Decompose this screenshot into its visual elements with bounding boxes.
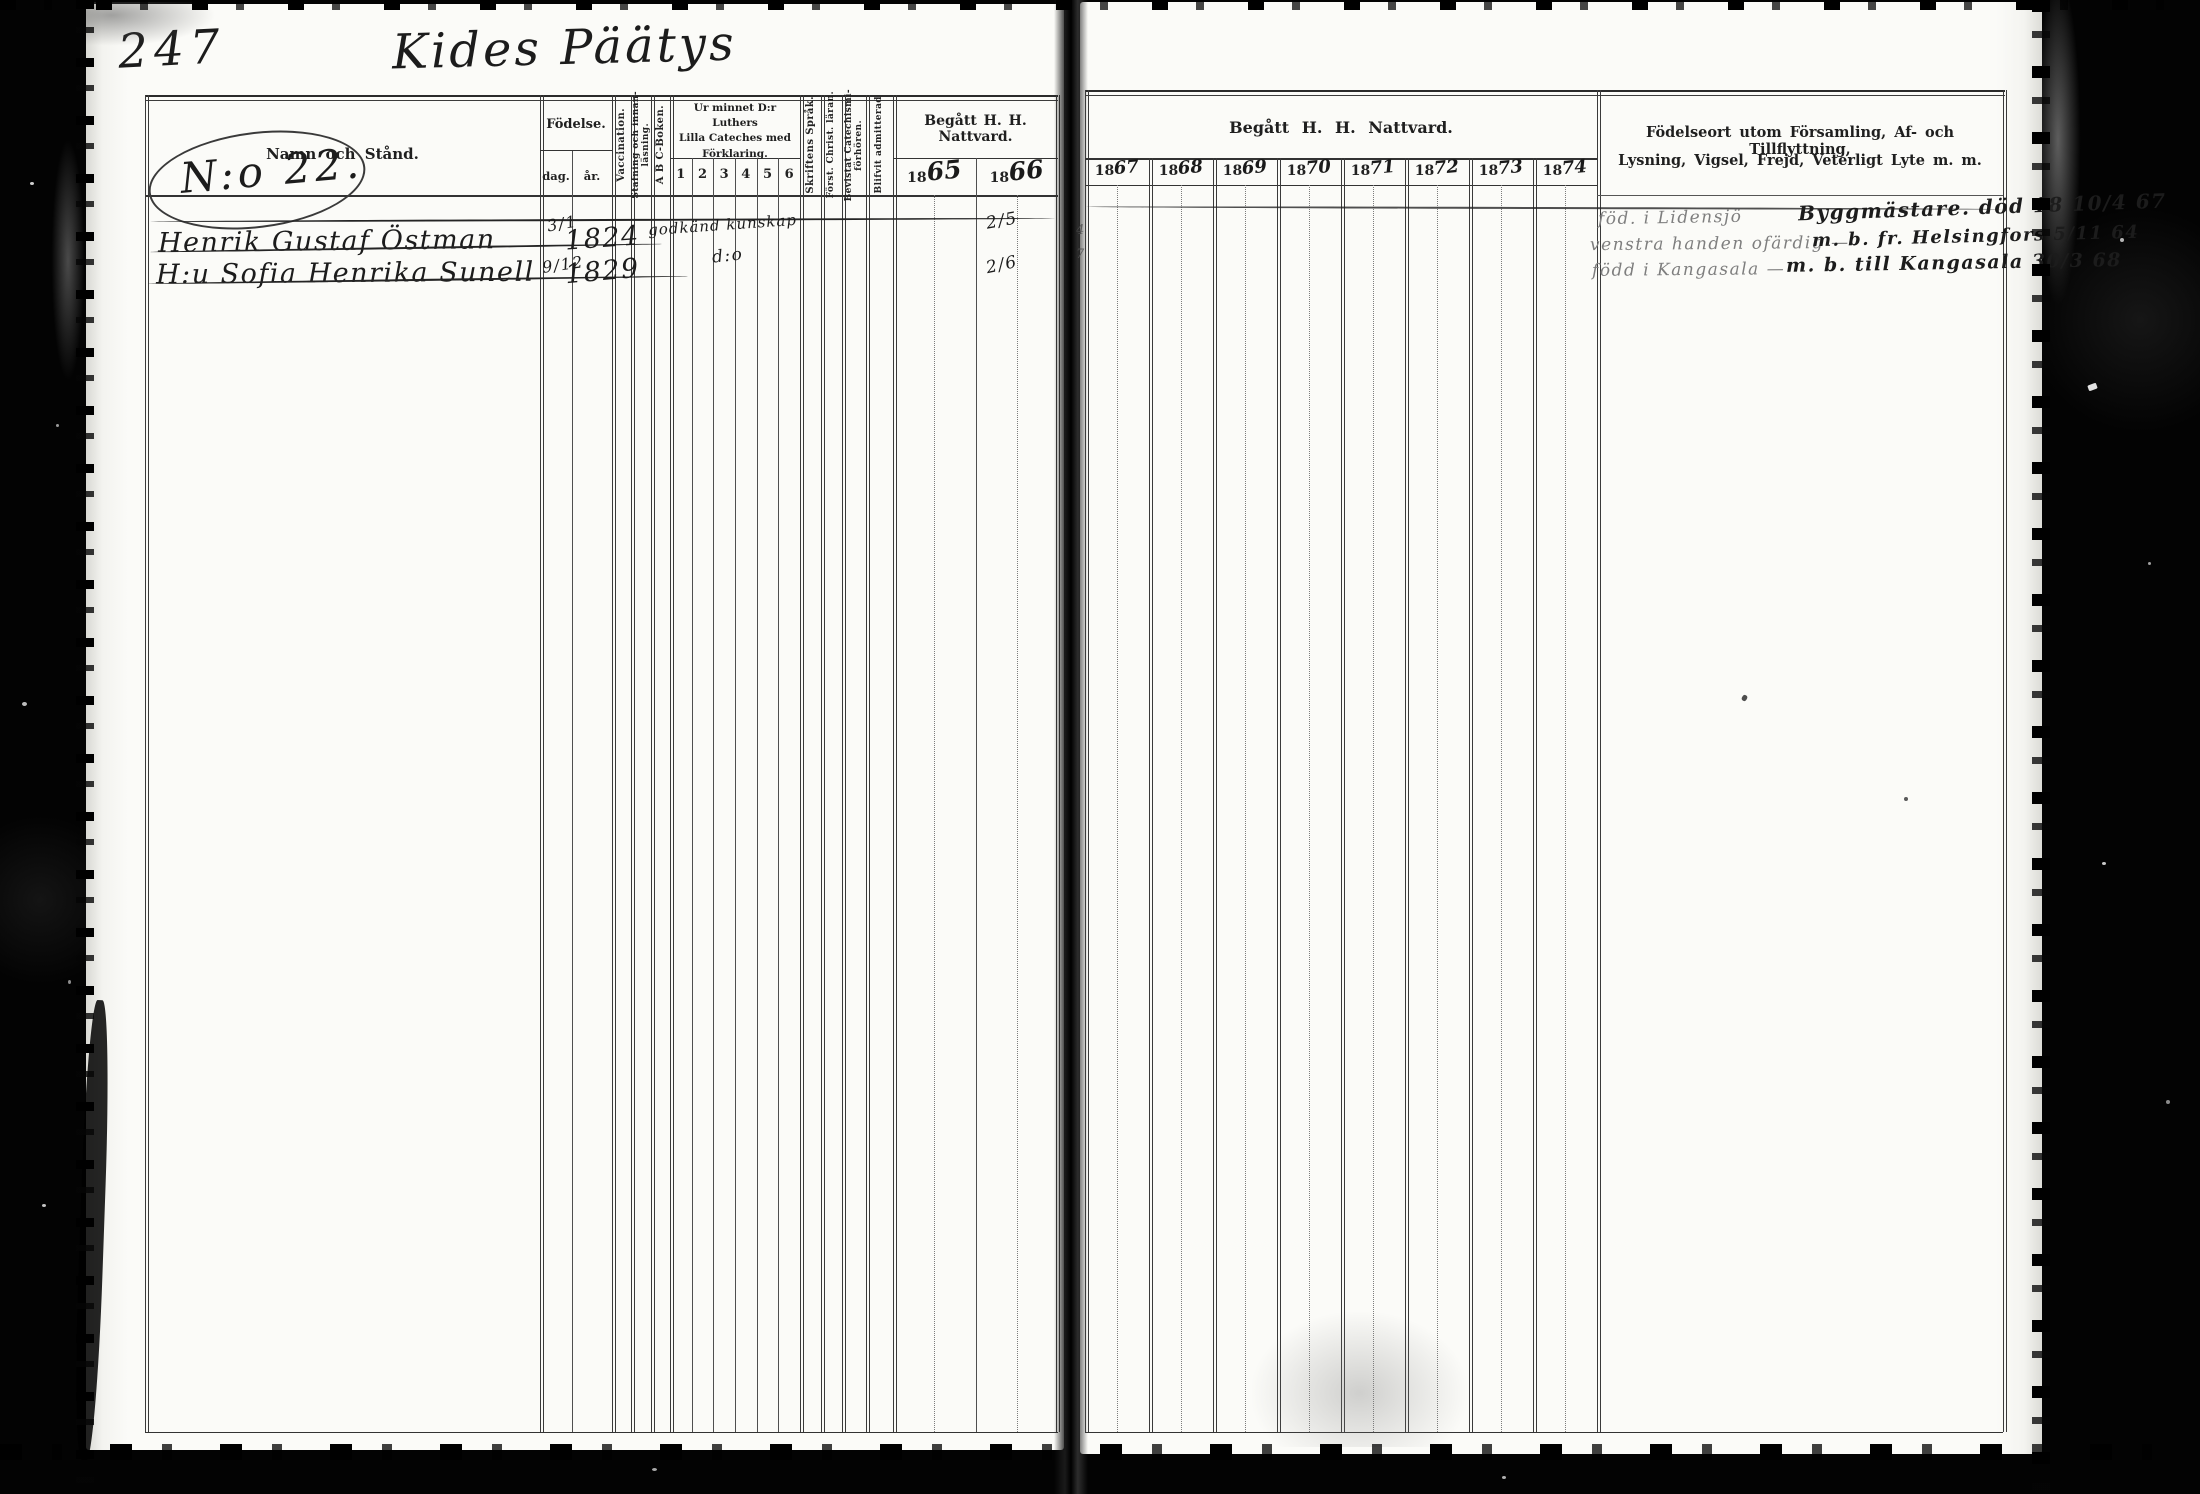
birth-divider-rule <box>540 150 612 151</box>
year-column-dotted-rule <box>1245 185 1246 1432</box>
stafning-label-2: läsning. <box>641 123 651 166</box>
paper-fleck <box>652 1468 657 1471</box>
table-bottom-rule <box>1085 1432 2003 1433</box>
row1-note-faint: föd. i Lidensjö <box>1598 207 1743 230</box>
catechism-cell-rule <box>692 158 693 1432</box>
birth-header: Födelse. <box>540 117 612 132</box>
year-column-dotted-rule <box>1309 185 1310 1432</box>
column-rule <box>612 95 616 1432</box>
communion-year-1870: 18 70 <box>1277 159 1341 191</box>
year-column-dotted-rule <box>1501 185 1502 1432</box>
catechism-cell-rule <box>713 158 714 1432</box>
year-printed-prefix: 18 <box>1095 163 1114 179</box>
blifvit-label: Blifvit admitterad <box>874 96 884 193</box>
paper-fleck <box>2087 383 2098 392</box>
stafning-label-1: Stafning och innan- <box>631 91 641 199</box>
row2-birth-year: 1829 <box>564 253 641 290</box>
birth-year-header: år. <box>572 169 612 183</box>
table-top-rule <box>1085 90 2005 96</box>
year-printed-prefix: 18 <box>1287 163 1306 179</box>
skriftens-column-header: Skriftens Språk. <box>800 97 821 193</box>
year-column-rule <box>1341 158 1345 1432</box>
year-column-dotted-rule <box>1437 185 1438 1432</box>
communion-year-1866: 18 66 <box>976 159 1059 191</box>
vaccination-label: Vaccination. <box>616 108 628 182</box>
communion-header-left: Begått H. H. Nattvard. <box>893 113 1058 145</box>
paper-fleck <box>56 424 59 427</box>
communion-year-dotted-rule <box>934 195 935 1432</box>
year-printed-prefix: 18 <box>1543 163 1562 179</box>
column-rule <box>670 95 674 1432</box>
year-column-dotted-rule <box>1565 185 1566 1432</box>
year-printed-prefix: 18 <box>1415 163 1434 179</box>
year-column-dotted-rule <box>1117 185 1118 1432</box>
page-number: 247 <box>117 19 227 80</box>
forst-christ-label: Först. Christ. läran. <box>826 91 836 198</box>
paper-fleck <box>22 702 27 706</box>
communion-year-1865: 18 65 <box>893 159 976 191</box>
year-column-dotted-rule <box>1373 185 1374 1432</box>
catechism-cell-4: 4 <box>735 167 757 182</box>
catechism-cell-1: 1 <box>670 167 692 182</box>
year-handwritten-digits: 69 <box>1241 156 1268 179</box>
paper-fleck <box>2148 562 2151 565</box>
year-handwritten-digits: 74 <box>1561 156 1588 179</box>
row1-birth-year: 1824 <box>564 220 641 256</box>
bevistat-label-1: Bevistat Catechismi- <box>844 89 854 201</box>
table-top-rule <box>145 95 1058 101</box>
blifvit-column-header: Blifvit admitterad <box>866 97 893 193</box>
right-table: Begått H. H. Nattvard. Födelseort utom F… <box>1085 90 2005 1432</box>
scanned-parish-register: 247 Kides Päätys Namn och Stånd. Födelse… <box>0 0 2200 1494</box>
catechism-header-line1: Ur minnet D:r Luthers <box>670 101 800 131</box>
skriftens-label: Skriftens Språk. <box>805 96 817 194</box>
year-column-rule <box>1405 158 1409 1432</box>
paper-fleck <box>1502 1476 1506 1479</box>
column-rule <box>821 95 825 1432</box>
catechism-cell-rule <box>778 158 779 1432</box>
notes-header-line2: Lysning, Vigsel, Frejd, Veterligt Lyte m… <box>1597 152 2003 169</box>
row2-name: H:u Sofia Henrika Sunell <box>156 257 535 291</box>
communion-year-1874: 18 74 <box>1533 159 1597 191</box>
birth-day-header: dag. <box>540 169 572 183</box>
catechism-cell-5: 5 <box>757 167 779 182</box>
row3-note-faint: född i Kangasala — <box>1592 259 1785 281</box>
column-rule <box>800 95 804 1432</box>
paper-fleck <box>2166 1100 2170 1104</box>
book-gutter <box>1054 0 1088 1494</box>
bevistat-label-2: förhören. <box>854 120 864 171</box>
year-printed-prefix: 18 <box>1223 163 1242 179</box>
year-handwritten-digits: 68 <box>1177 156 1204 179</box>
catechism-cell-6: 6 <box>778 167 800 182</box>
stafning-column-header: Stafning och innan- läsning. <box>631 97 651 193</box>
communion-year-1867: 18 67 <box>1085 159 1149 191</box>
year-column-dotted-rule <box>1181 185 1182 1432</box>
column-rule <box>631 95 635 1432</box>
row1-name: Henrik Gustaf Östman <box>158 224 496 259</box>
year-column-rule <box>1533 158 1537 1432</box>
year-handwritten-digits: 71 <box>1369 156 1396 179</box>
year-column-rule <box>1213 158 1217 1432</box>
communion-year-dotted-rule <box>1017 195 1018 1432</box>
bevistat-column-header: Bevistat Catechismi- förhören. <box>842 97 866 193</box>
year-handwritten-digits: 70 <box>1305 156 1332 179</box>
catechism-cell-rule <box>735 158 736 1432</box>
catechism-header-line2: Lilla Cateches med <box>670 131 800 146</box>
paper-fleck <box>42 1204 46 1207</box>
column-rule <box>572 150 573 1432</box>
abc-book-column-header: A B C-Boken. <box>651 97 670 193</box>
table-left-rule <box>145 95 149 1432</box>
table-right-rule <box>2003 90 2007 1432</box>
catechism-header: Ur minnet D:r Luthers Lilla Cateches med… <box>670 101 800 162</box>
year-column-rule <box>1277 158 1281 1432</box>
column-rule <box>842 95 846 1432</box>
page-title: Kides Päätys <box>391 15 737 80</box>
table-bottom-rule <box>145 1432 1058 1433</box>
catechism-header-line3: Förklaring. <box>670 147 800 162</box>
year-column-rule <box>1149 158 1153 1432</box>
communion-notes-separator-rule <box>1597 90 1601 1432</box>
year-handwritten-digits: 65 <box>925 154 963 186</box>
paper-fleck <box>2120 238 2124 242</box>
communion-year-1872: 18 72 <box>1405 159 1469 191</box>
paper-fleck <box>68 980 71 984</box>
column-rule <box>540 95 544 1432</box>
year-printed-prefix: 18 <box>907 170 926 186</box>
paper-fleck <box>2102 862 2106 865</box>
column-rule <box>866 95 870 1432</box>
year-column-rule <box>1469 158 1473 1432</box>
year-printed-prefix: 18 <box>1159 163 1178 179</box>
row2-catechism-note: d:o <box>711 244 744 267</box>
abc-book-label: A B C-Boken. <box>655 105 667 184</box>
year-printed-prefix: 18 <box>1479 163 1498 179</box>
communion-year-1871: 18 71 <box>1341 159 1405 191</box>
left-table: Namn och Stånd. Födelse. dag. år. Vaccin… <box>145 95 1059 1432</box>
communion-year-1869: 18 69 <box>1213 159 1277 191</box>
catechism-cell-3: 3 <box>713 167 735 182</box>
catechism-cell-rule <box>757 158 758 1432</box>
year-handwritten-digits: 72 <box>1433 156 1460 179</box>
communion-year-1868: 18 68 <box>1149 159 1213 191</box>
row2-note-faint: venstra handen ofärdig — <box>1590 233 1850 255</box>
year-printed-prefix: 18 <box>990 170 1009 186</box>
forst-christ-column-header: Först. Christ. läran. <box>821 97 842 193</box>
year-printed-prefix: 18 <box>1351 163 1370 179</box>
column-rule <box>893 95 897 1432</box>
column-rule <box>651 95 655 1432</box>
communion-header-right: Begått H. H. Nattvard. <box>1085 118 1597 137</box>
catechism-cell-2: 2 <box>692 167 714 182</box>
vaccination-column-header: Vaccination. <box>612 97 631 193</box>
communion-year-1873: 18 73 <box>1469 159 1533 191</box>
paper-fleck <box>30 182 34 185</box>
year-handwritten-digits: 66 <box>1007 154 1045 186</box>
year-handwritten-digits: 73 <box>1497 156 1524 179</box>
row3-note: m. b. till Kangasala 30/3 68 <box>1786 249 2122 277</box>
communion-year-rule <box>976 158 977 1432</box>
year-handwritten-digits: 67 <box>1113 156 1140 179</box>
